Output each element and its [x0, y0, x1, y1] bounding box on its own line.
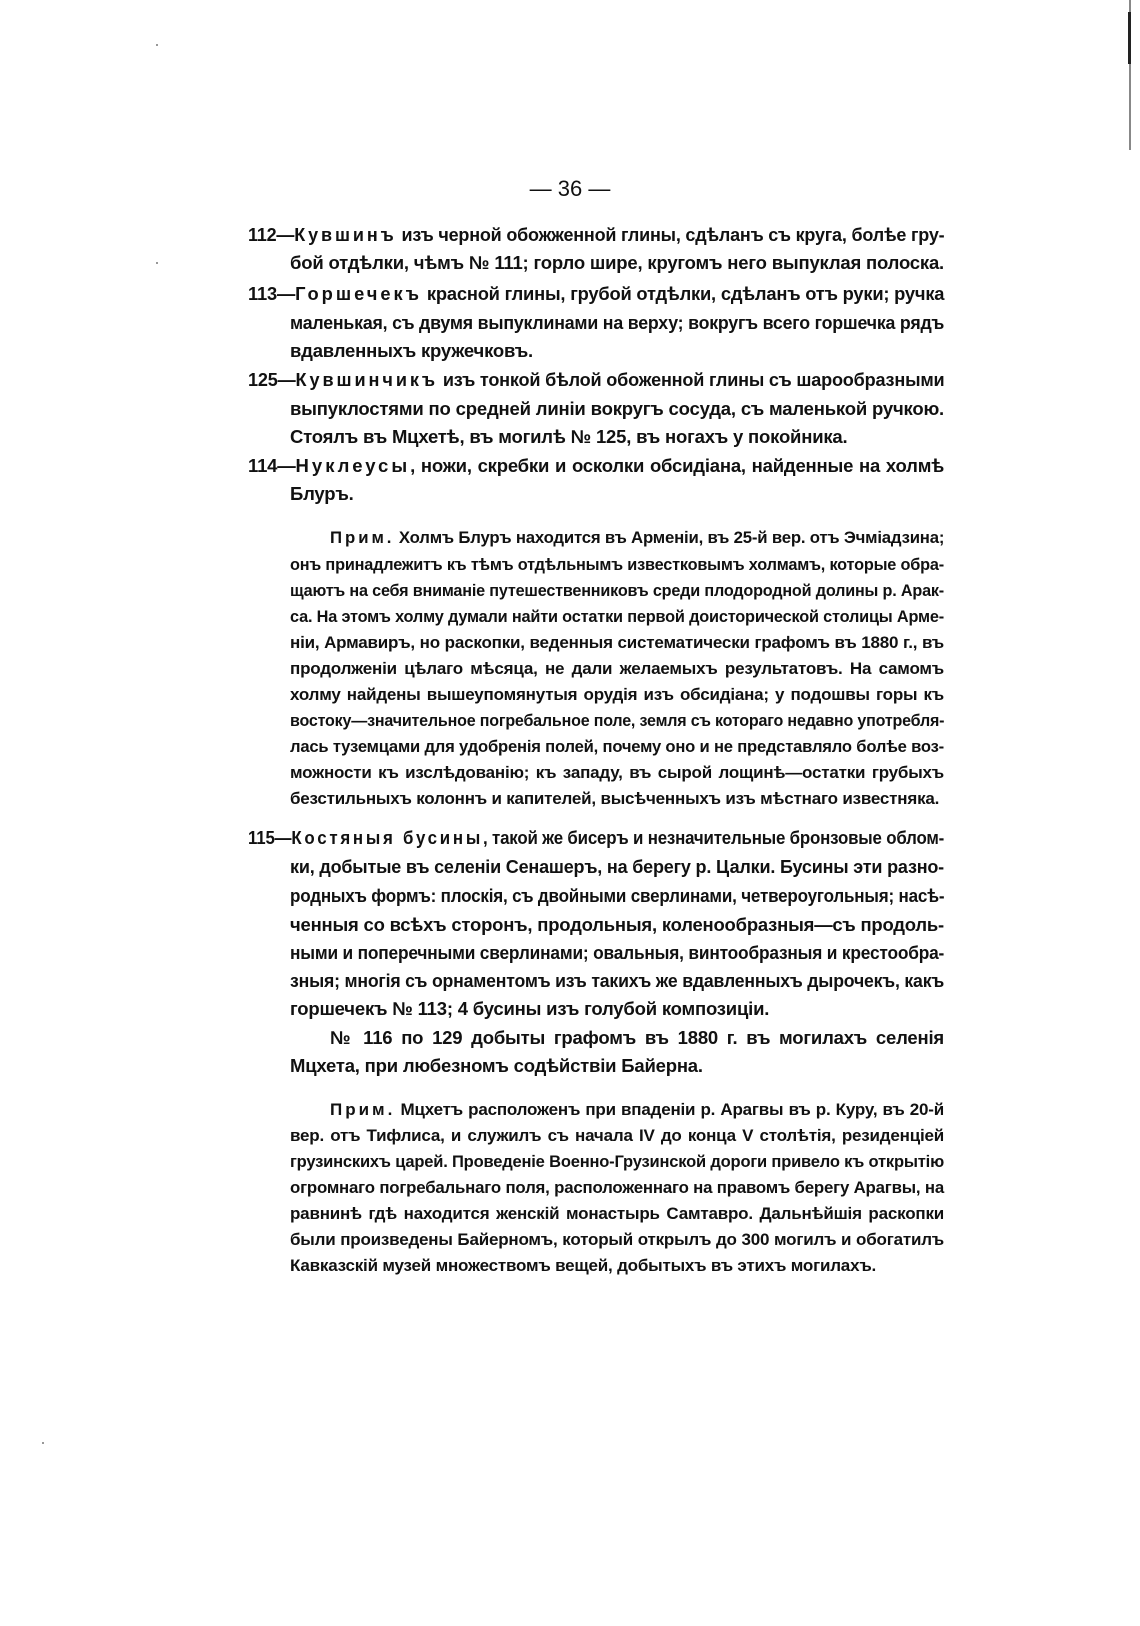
note-line: продолженіи цѣлаго мѣсяца, не дали желае…	[290, 658, 944, 680]
scan-speck	[42, 1442, 44, 1444]
paragraph-116-line-1: № 116 по 129 добыты графомъ въ 1880 г. в…	[330, 1027, 944, 1049]
entry-number: 114—	[248, 455, 296, 476]
entry-113-line-3: вдавленныхъ кружечковъ.	[290, 340, 533, 362]
entry-number: 112—	[248, 224, 294, 245]
note-line: Прим. Холмъ Блуръ находится въ Арменіи, …	[330, 527, 944, 549]
note-line: востоку—значительное погребальное поле, …	[290, 710, 944, 732]
note-line: можности къ изслѣдованію; къ западу, въ …	[290, 762, 944, 784]
entry-115-line: горшечекъ № 113; 4 бусины изъ голубой ко…	[290, 998, 769, 1020]
note-line: огромнаго погребальнаго поля, расположен…	[290, 1177, 944, 1199]
note-label: Прим.	[330, 528, 394, 547]
entry-title: Горшечекъ	[295, 283, 422, 304]
paragraph-116-line-2: Мцхета, при любезномъ содѣйствіи Байерна…	[290, 1055, 703, 1077]
entry-115-line-1: 115—Костяныя бусины, такой же бисеръ и н…	[248, 827, 944, 849]
note-line: щаютъ на себя вниманіе путешественниковъ…	[290, 580, 944, 602]
entry-title: Костяныя бусины	[291, 827, 483, 848]
entry-number: 115—	[248, 827, 291, 848]
entry-125-line-1: 125—Кувшинчикъ изъ тонкой бѣлой обоженно…	[248, 369, 944, 391]
note-line: были произведены Байерномъ, который откр…	[290, 1229, 944, 1251]
note-label: Прим.	[330, 1100, 395, 1119]
note-line: лась туземцами для удобренія полей, поче…	[290, 736, 944, 758]
entry-113-line-2: маленькая, съ двумя выпуклинами на верху…	[290, 312, 944, 334]
note-line: онъ принадлежитъ къ тѣмъ отдѣльнымъ изве…	[290, 554, 944, 576]
note-line: са. На этомъ холму думали найти остатки …	[290, 606, 944, 628]
note-line: ніи, Армавиръ, но раскопки, веденныя сис…	[290, 632, 944, 654]
scan-edge-mark	[1128, 12, 1131, 64]
note-line: холму найдены вышеупомянутыя орудія изъ …	[290, 684, 944, 706]
note-line: грузинскихъ царей. Проведеніе Военно-Гру…	[290, 1151, 944, 1173]
entry-112-line-2: бой отдѣлки, чѣмъ № 111; горло шире, кру…	[290, 252, 944, 274]
note-line: безстильныхъ колоннъ и капителей, высѣче…	[290, 788, 939, 810]
entry-title: Нуклеусы	[296, 455, 411, 476]
entry-114-line-2: Блуръ.	[290, 483, 354, 505]
entry-114-line-1: 114—Нуклеусы, ножи, скребки и осколки об…	[248, 455, 944, 477]
note-line: Прим. Мцхетъ расположенъ при впаденіи р.…	[330, 1099, 944, 1121]
entry-title: Кувшинъ	[294, 224, 396, 245]
scanned-page: — 36 — 112—Кувшинъ изъ черной обожженной…	[0, 0, 1140, 1626]
note-line: вер. отъ Тифлиса, и служилъ съ начала IV…	[290, 1125, 944, 1147]
entry-113-line-1: 113—Горшечекъ красной глины, грубой отдѣ…	[248, 283, 944, 305]
entry-115-line: зныя; многія съ орнаментомъ изъ такихъ ж…	[290, 970, 944, 992]
entry-115-line: ки, добытые въ селеніи Сенашеръ, на бере…	[290, 856, 944, 878]
entry-125-line-2: выпуклостями по средней линіи вокругъ со…	[290, 398, 944, 420]
scan-speck	[156, 262, 158, 264]
entry-number: 113—	[248, 283, 295, 304]
entry-115-line: ными и поперечными сверлинами; овальныя,…	[290, 942, 944, 964]
entry-title: Кувшинчикъ	[295, 369, 438, 390]
scan-speck	[156, 44, 158, 46]
note-line: Кавказскій музей множествомъ вещей, добы…	[290, 1255, 876, 1277]
page-number: — 36 —	[0, 176, 1140, 202]
entry-112-line-1: 112—Кувшинъ изъ черной обожженной глины,…	[248, 224, 944, 246]
entry-115-line: ченныя со всѣхъ сторонъ, продольныя, кол…	[290, 914, 944, 936]
entry-115-line: родныхъ формъ: плоскія, съ двойными свер…	[290, 885, 944, 907]
note-line: равнинѣ гдѣ находится женскій монастырь …	[290, 1203, 944, 1225]
entry-125-line-3: Стоялъ въ Мцхетѣ, въ могилѣ № 125, въ но…	[290, 426, 847, 448]
entry-number: 125—	[248, 369, 295, 390]
